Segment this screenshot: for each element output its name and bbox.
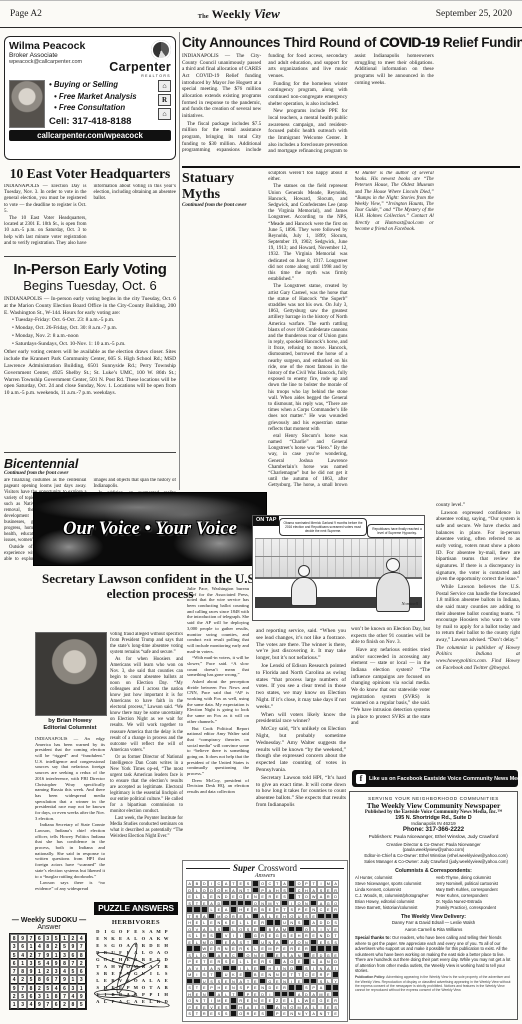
- columnist-photo-block: by Brian Howey Editorial Columnist: [35, 632, 105, 732]
- wordsearch-title: HERBIVORES: [94, 919, 178, 926]
- sudoku-title: — Weekly SUDOKU —: [6, 917, 92, 924]
- statuary-author-bio: Al Hunter is the author of several books…: [355, 171, 434, 234]
- carpenter-realtors-label: REALTORS: [141, 74, 171, 78]
- masthead-delivery-names: Danny Farr & David Edsall — Leslie Walsh…: [355, 920, 512, 933]
- wordsearch-answer-block: HERBIVORES DIGOFESAMPENKEALOAKWESGOATRDE…: [94, 919, 178, 1008]
- crossword-title-row: Super Crossword: [186, 863, 344, 873]
- carpenter-logo-swirl-icon: [151, 40, 171, 60]
- early-voting-hours-list: • Tuesday-Friday: Oct. 6-Oct. 23: 8 a.m.…: [4, 317, 176, 349]
- masthead-columnists-right: Herb Thyme, dining columnistJerry Nomine…: [436, 875, 513, 912]
- early-voting-intro-text: INDIANAPOLIS — In-person early voting be…: [4, 296, 176, 316]
- figure-body: [291, 577, 317, 606]
- sudoku-answer-block: — Weekly SUDOKU — Answer 897635124361482…: [6, 917, 92, 1011]
- bar-patron-figure: [291, 565, 317, 606]
- article-statuary-myths: Statuary Myths Continued from the front …: [182, 171, 520, 489]
- bicentennial-headline: Bicentennial: [4, 457, 176, 471]
- nameplate-the: The: [198, 13, 209, 20]
- masthead-columnists-heading: Columnists & Correspondents:: [355, 868, 512, 874]
- figure-head: [298, 565, 310, 577]
- voice-banner-title: Our Voice • Your Voice: [63, 519, 237, 540]
- page-number: Page A2: [10, 9, 42, 19]
- cartoon-label: ON TAP: [253, 516, 279, 526]
- realtor-email: wpeacock@callcarpenter.com: [9, 59, 85, 65]
- equal-housing-icon: ⌂: [158, 108, 171, 120]
- cartoon-speech-bubble-1: Obama nominated Merrick Garland 9 months…: [279, 518, 367, 536]
- sudoku-grid: 8976351243614825975427913686135498727891…: [9, 933, 87, 1010]
- masthead-thanks-text: Our readers, who have been calling and t…: [355, 935, 510, 973]
- figure-body: [376, 572, 410, 612]
- crossword-subtitle: Answers: [186, 873, 344, 879]
- voter-hq-headline: 10 East Voter Headquarters: [4, 166, 176, 182]
- covid-headline-covid19: COVID-19: [379, 35, 439, 50]
- realtor-ad: Wilma Peacock Broker Associate wpeacock@…: [4, 36, 176, 160]
- figure-head: [386, 558, 400, 572]
- early-voting-intro: INDIANAPOLIS — In-person early voting be…: [4, 296, 176, 317]
- covid-headline-pre: City Announces Third Round of: [182, 35, 376, 50]
- cartoon-speech-bubble-2: Republicans have finally reached a level…: [367, 524, 425, 538]
- masthead-box: SERVING YOUR NEIGHBORHOOD COMMUNITIES Th…: [349, 791, 518, 1020]
- voice-column-2: voting fraud alleged without specifics f…: [110, 632, 183, 900]
- covid-headline-post: Relief Funding: [443, 35, 522, 50]
- page-header: Page A2 The Weekly View September 25, 20…: [0, 0, 522, 28]
- covid-headline: City Announces Third Round of COVID-19 R…: [182, 35, 520, 50]
- facebook-banner-text: Like us on Facebook Eastside Voice Commu…: [369, 776, 522, 782]
- crossword-title-super: Super: [233, 863, 255, 873]
- voice-columnist-note: The columnist is publisher of Howey Poli…: [436, 645, 520, 673]
- voice-column-3: Julie Pace, Washington bureau chief for …: [187, 586, 249, 858]
- voice-column-5: won’t be known on Election Day, but expe…: [351, 626, 430, 768]
- voice-column-6-body: county level.”Lawson expressed confidenc…: [436, 502, 520, 645]
- byline-name: by Brian Howey: [35, 718, 105, 725]
- carpenter-brand: Carpenter: [109, 60, 171, 74]
- realtor-services-list: • Buying or Selling• Free Market Analysi…: [49, 80, 137, 115]
- masthead-publishers: Publishers: Paula Nicewanger, Ethel Wins…: [355, 835, 512, 840]
- article-covid-relief: City Announces Third Round of COVID-19 R…: [182, 35, 520, 157]
- crossword-answer-block: Super Crossword Answers ABDICATESOCTAOPT…: [182, 860, 348, 1022]
- voice-section-banner: Our Voice • Your Voice: [33, 492, 267, 566]
- realtor-website: callcarpenter.com/wpeacock: [9, 130, 171, 141]
- divider: [4, 452, 176, 453]
- realtor-phone: Cell: 317-418-8188: [49, 116, 137, 127]
- bicentennial-continued-note: Continued from the front cover: [4, 471, 176, 476]
- house-icon: ⌂: [158, 80, 171, 92]
- crossword-title-crossword: Crossword: [258, 863, 297, 873]
- byline-role: Editorial Columnist: [35, 725, 105, 732]
- voice-column-6: county level.”Lawson expressed confidenc…: [436, 502, 520, 768]
- early-voting-outro: Other early voting centers will be avail…: [4, 349, 176, 398]
- issue-date: September 25, 2020: [436, 9, 512, 19]
- masthead-title: The Weekly View Community Newspaper: [355, 801, 512, 810]
- sudoku-subtitle: Answer: [6, 924, 92, 931]
- divider: [186, 868, 230, 869]
- masthead-policy: Publication Policy: Advertising appearin…: [355, 975, 512, 992]
- crossword-grid: ABDICATESOCTAOPTIMADLODOHANTPAHSCHASEREL…: [186, 880, 339, 1017]
- early-voting-headline: In-Person Early Voting: [4, 261, 176, 278]
- statuary-body: sculptors weren’t too happy about it eit…: [268, 171, 347, 489]
- statuary-headline: Statuary Myths: [182, 171, 261, 203]
- newspaper-page: Page A2 The Weekly View September 25, 20…: [0, 0, 522, 1024]
- puzzle-answers-banner: PUZZLE ANSWERS: [94, 902, 178, 915]
- divider: [4, 256, 176, 257]
- statuary-continued-note: Continued from the front cover: [182, 203, 261, 208]
- section-divider: [182, 166, 520, 168]
- nameplate-weekly: Weekly: [212, 7, 251, 22]
- early-voting-subheadline: Begins Tuesday, Oct. 6: [4, 278, 176, 293]
- voice-column-4: and reporting service, said. “When you s…: [256, 628, 346, 856]
- voice-column-1: INDIANAPOLIS — An edgy America has been …: [35, 736, 105, 900]
- byline: by Brian Howey Editorial Columnist: [35, 718, 105, 732]
- realtor-ad-identity: Wilma Peacock Broker Associate wpeacock@…: [9, 40, 85, 78]
- editorial-cartoon: ON TAP Obama nominated Merrick Garland 9…: [252, 515, 425, 621]
- realtor-portrait-photo: [9, 80, 45, 128]
- masthead-thanks-label: Special thanks to:: [355, 935, 391, 940]
- nameplate: The Weekly View: [198, 6, 280, 22]
- covid-body: INDIANAPOLIS — The City-County Council u…: [182, 53, 520, 157]
- bar-shelf-line: [255, 556, 422, 557]
- masthead-owners: Creative Director & Co-Owner: Paula Nice…: [355, 842, 512, 865]
- masthead-columnists-left: Al Hunter, columnistSteve Nicewanger, sp…: [355, 875, 432, 912]
- early-voting-outro-text: Other early voting centers will be avail…: [4, 349, 176, 397]
- facebook-banner: f Like us on Facebook Eastside Voice Com…: [352, 770, 518, 787]
- voter-hq-body: INDIANAPOLIS — Election Day is Tuesday, …: [4, 184, 176, 252]
- masthead-thanks: Special thanks to: Our readers, who have…: [355, 935, 512, 973]
- article-early-voting: In-Person Early Voting Begins Tuesday, O…: [4, 261, 176, 398]
- columnist-portrait-photo: [35, 632, 107, 716]
- cartoonist-signature: Nominell: [402, 601, 419, 606]
- divider: [300, 868, 344, 869]
- realtor-title: Broker Associate: [9, 52, 85, 59]
- carpenter-logo: Carpenter REALTORS: [109, 40, 171, 78]
- realtor-r-icon: R: [158, 94, 171, 106]
- realtor-name: Wilma Peacock: [9, 40, 85, 52]
- nameplate-view: View: [254, 6, 280, 22]
- masthead-phone: Phone: 317-366-2222: [355, 826, 512, 833]
- article-voter-headquarters: 10 East Voter Headquarters INDIANAPOLIS …: [4, 166, 176, 252]
- facebook-icon: f: [356, 774, 366, 784]
- column-rule: [179, 32, 180, 490]
